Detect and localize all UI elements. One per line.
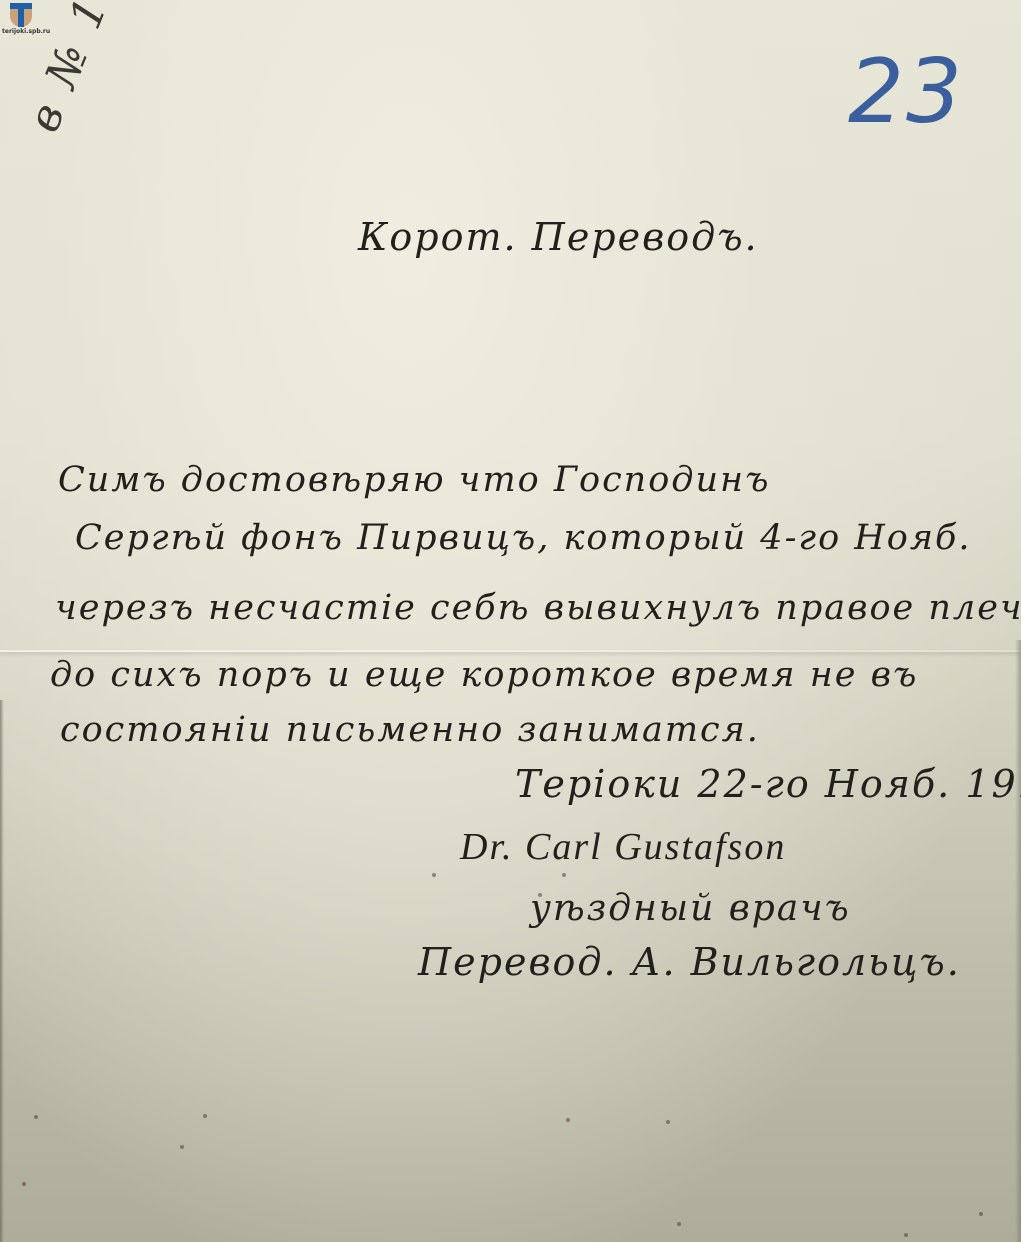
terijoki-logo-icon: terijoki.spb.ru [2,2,36,34]
place-and-date: Теріоки 22-го Нояб. 1915. [515,762,1021,806]
document-title: Корот. Переводъ. [358,215,759,259]
document-page: terijoki.spb.ru в № 1804. 23 Корот. Пере… [0,0,1021,1242]
paper-fold-line [0,650,1021,652]
pencil-margin-note: в № 1804. [18,0,162,139]
body-line-5: состояніи письменно заниматся. [60,710,760,750]
signature-name: Dr. Carl Gustafson [460,825,786,869]
logo-text: terijoki.spb.ru [2,28,50,35]
archive-page-number: 23 [848,40,964,143]
paper-edge-shadow-left [0,700,4,1242]
signature-title: уѣздный врачъ [530,888,851,929]
body-line-2: Сергѣй фонъ Пирвицъ, который 4-го Нояб. [75,518,972,558]
logo-t-stem [18,8,24,27]
body-line-1: Симъ достовѣряю что Господинъ [58,460,770,500]
translator-signature: Перевод. А. Вильгольцъ. [418,940,961,984]
body-line-3: черезъ несчастіе себѣ вывихнулъ правое п… [55,588,1021,628]
paper-edge-shadow [1015,640,1021,1242]
body-line-4: до сихъ поръ и еще короткое время не въ [50,655,918,695]
